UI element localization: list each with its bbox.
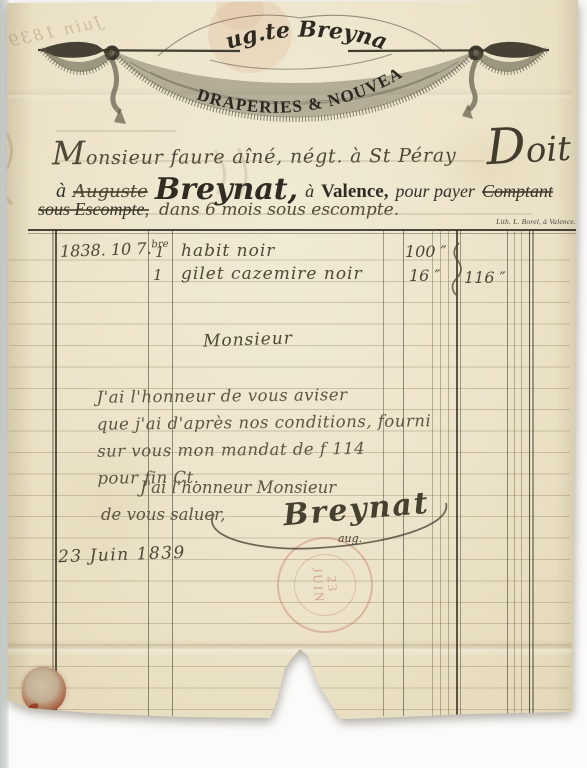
struck-comptant: Comptant <box>482 181 553 202</box>
seal-bleedthrough-blob <box>208 0 292 73</box>
struck-escompte: sous Escompte, <box>38 199 149 220</box>
shop-name-text: Aug.te Breynat <box>0 0 391 55</box>
letter-salutation: Monsieur <box>203 328 294 351</box>
postmark-month: JUIN <box>310 567 326 604</box>
svg-text:Aug.te Breynat: Aug.te Breynat <box>0 0 391 55</box>
letter-line: sur vous mon mandat de f 114 <box>97 434 432 465</box>
column-rule <box>521 230 522 716</box>
column-rule <box>514 230 515 716</box>
recipient-line: Monsieur faure aîné, négt. à St Péray <box>52 132 457 173</box>
table-top-rule <box>28 229 576 231</box>
row-price: 16 ″ <box>409 266 440 285</box>
rosette-knob-left <box>105 46 120 61</box>
column-rule <box>432 230 433 716</box>
column-rule <box>55 230 57 716</box>
column-rule <box>507 230 508 716</box>
tassel-left <box>112 60 120 112</box>
table-top-rule-2 <box>28 233 576 234</box>
doit-label: Doit <box>485 114 572 176</box>
payable-line-2: sous Escompte, dans 6 mois sous escompte… <box>38 199 399 220</box>
postal-stamp-date: 23 JUIN <box>292 552 358 618</box>
svg-text:DRAPERIES & NOUVEAUTÉS: DRAPERIES & NOUVEAUTÉS <box>0 0 406 117</box>
curtain-rod-right <box>348 50 549 51</box>
column-rule <box>532 230 534 716</box>
letter-closing-1: J'ai l'honneur Monsieur <box>140 478 336 497</box>
rosette-knob-right <box>469 46 484 61</box>
entry-date: 1838. 10 7.bre <box>60 238 169 261</box>
spear-finial-right-icon <box>483 42 548 58</box>
total-amount: 116 ″ <box>464 268 506 287</box>
invoice-paper: DRAPERIES & NOUVEAUTÉS Aug.te Breynat Mo… <box>0 0 587 724</box>
letter-line: que j'ai d'après nos conditions, fourni <box>97 407 432 438</box>
letter-closing-2: de vous saluer, <box>101 505 225 524</box>
swag-fringe <box>112 51 476 119</box>
fold-crease <box>8 88 572 100</box>
tassel-right <box>469 60 476 110</box>
column-rule <box>52 230 54 716</box>
side-swag-right <box>476 47 546 72</box>
pour-payer-label: pour payer <box>395 181 475 202</box>
spear-finial-left-icon <box>39 42 104 58</box>
row-description: habit noir <box>181 241 275 261</box>
lithographer-credit: Lith. L. Borel, à Valence. <box>472 217 576 226</box>
column-rule <box>440 230 441 716</box>
row-price: 100 ″ <box>405 242 447 261</box>
calligraphic-flourish <box>158 15 444 56</box>
column-rule <box>460 230 462 716</box>
main-swag-fabric <box>112 50 476 118</box>
row-qty: 1 <box>155 243 165 261</box>
letter-body: J'ai l'honneur de vous aviser que j'ai d… <box>96 380 431 491</box>
paper-wrapper: DRAPERIES & NOUVEAUTÉS Aug.te Breynat Mo… <box>0 0 587 768</box>
handwritten-terms: dans 6 mois sous escompte. <box>159 200 399 220</box>
banner-text: DRAPERIES & NOUVEAUTÉS <box>0 0 406 117</box>
column-rule <box>456 230 458 716</box>
row-description: gilet cazemire noir <box>181 264 363 284</box>
column-rule <box>448 230 449 716</box>
row-qty: 1 <box>153 266 163 284</box>
column-rule <box>529 230 531 716</box>
postmark-day: 23 <box>324 576 339 594</box>
engraved-drapery-banner: DRAPERIES & NOUVEAUTÉS Aug.te Breynat <box>0 0 587 135</box>
side-swag-left <box>42 47 112 72</box>
curtain-rod-left <box>38 50 240 51</box>
letter-line: J'ai l'honneur de vous aviser <box>96 380 431 411</box>
